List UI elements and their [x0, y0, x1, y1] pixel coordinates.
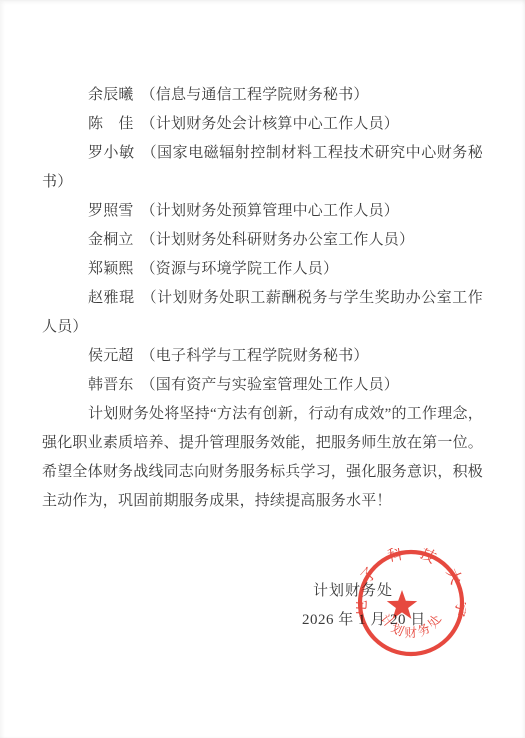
document-page: 余辰曦（信息与通信工程学院财务秘书） 陈 佳（计划财务处会计核算中心工作人员） … — [0, 0, 525, 738]
seal-university-text: 电子科技大学 — [356, 548, 466, 633]
person-name: 罗照雪 — [88, 203, 134, 219]
person-name: 余辰曦 — [88, 87, 134, 103]
roster-line: 余辰曦（信息与通信工程学院财务秘书） — [42, 81, 483, 110]
person-name: 郑颖熙 — [88, 261, 134, 277]
document-body: 余辰曦（信息与通信工程学院财务秘书） 陈 佳（计划财务处会计核算中心工作人员） … — [42, 81, 483, 516]
roster-line: 赵雅琨（计划财务处职工薪酬税务与学生奖助办公室工作人员） — [42, 284, 483, 342]
person-role: （资源与环境学院工作人员） — [141, 261, 339, 277]
seal-department-text: 计划财务处 — [378, 609, 446, 640]
person-name: 罗小敏 — [88, 145, 135, 161]
person-name: 陈 佳 — [88, 116, 134, 132]
roster-line: 陈 佳（计划财务处会计核算中心工作人员） — [42, 110, 483, 139]
person-role: （信息与通信工程学院财务秘书） — [141, 87, 369, 103]
roster-line: 郑颖熙（资源与环境学院工作人员） — [42, 255, 483, 284]
person-name: 韩晋东 — [88, 377, 134, 393]
person-role: （电子科学与工程学院财务秘书） — [141, 348, 369, 364]
roster-line: 金桐立（计划财务处科研财务办公室工作人员） — [42, 226, 483, 255]
person-role: （国有资产与实验室管理处工作人员） — [141, 377, 399, 393]
roster-line: 侯元超（电子科学与工程学院财务秘书） — [42, 342, 483, 371]
official-seal: 电子科技大学 计划财务处 — [356, 548, 466, 658]
person-name: 金桐立 — [88, 232, 134, 248]
svg-text:计划财务处: 计划财务处 — [378, 609, 446, 640]
person-role: （计划财务处科研财务办公室工作人员） — [141, 232, 415, 248]
roster-line: 韩晋东（国有资产与实验室管理处工作人员） — [42, 371, 483, 400]
roster-line: 罗小敏（国家电磁辐射控制材料工程技术研究中心财务秘书） — [42, 139, 483, 197]
person-role: （计划财务处预算管理中心工作人员） — [141, 203, 399, 219]
person-name: 赵雅琨 — [88, 290, 135, 306]
seal-star-icon — [387, 590, 417, 619]
closing-paragraph: 计划财务处将坚持“方法有创新，行动有成效”的工作理念，强化职业素质培养、提升管理… — [42, 400, 483, 516]
roster-line: 罗照雪（计划财务处预算管理中心工作人员） — [42, 197, 483, 226]
person-role: （计划财务处会计核算中心工作人员） — [141, 116, 399, 132]
person-name: 侯元超 — [88, 348, 134, 364]
svg-text:电子科技大学: 电子科技大学 — [356, 548, 466, 633]
